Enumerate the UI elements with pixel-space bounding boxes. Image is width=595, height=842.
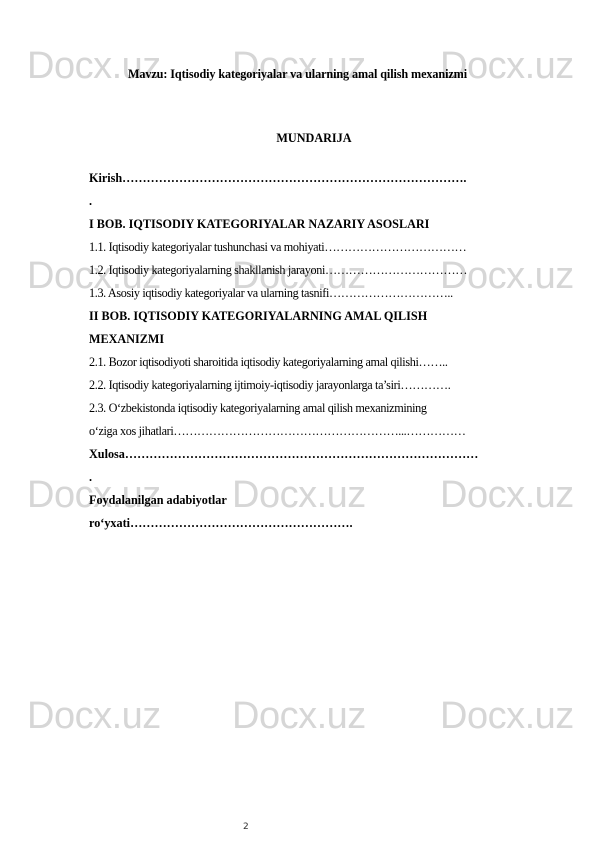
document-page: Mavzu: Iqtisodiy kategoriyalar va ularni… (0, 0, 595, 842)
table-of-contents: Kirish…………………………………………………………………………. . I … (89, 167, 538, 535)
toc-section-2-2: 2.2. Iqtisodiy kategoriyalarning ijtimoi… (89, 374, 538, 397)
toc-chapter-1: I BOB. IQTISODIY KATEGORIYALAR NAZARIY A… (89, 213, 538, 236)
toc-entry-references: Foydalanilgan adabiyotlar (89, 489, 538, 512)
toc-chapter-2-continued: MEXANIZMI (89, 328, 538, 351)
toc-section-1-1: 1.1. Iqtisodiy kategoriyalar tushunchasi… (89, 236, 538, 259)
toc-section-2-1: 2.1. Bozor iqtisodiyoti sharoitida iqtis… (89, 351, 538, 374)
toc-section-1-2: 1.2. Iqtisodiy kategoriyalarning shaklla… (89, 259, 538, 282)
toc-entry-references-continued: ro‘yxati………………………………………………. (89, 512, 538, 535)
toc-entry-conclusion: Xulosa…………………………………………………………………………… (89, 443, 538, 466)
toc-entry-conclusion-continued: . (89, 466, 538, 489)
toc-entry-introduction: Kirish…………………………………………………………………………. (89, 167, 538, 190)
toc-section-2-3-continued: o‘ziga xos jihatlari………………………………………………….… (89, 420, 538, 443)
toc-chapter-2: II BOB. IQTISODIY KATEGORIYALARNING AMAL… (89, 305, 538, 328)
toc-section-1-3: 1.3. Asosiy iqtisodiy kategoriyalar va u… (89, 282, 538, 305)
toc-entry-introduction-continued: . (89, 190, 538, 213)
toc-heading: MUNDARIJA (0, 131, 595, 146)
toc-section-2-3: 2.3. O‘zbekistonda iqtisodiy kategoriyal… (89, 397, 538, 420)
page-number: 2 (243, 822, 249, 832)
document-title: Mavzu: Iqtisodiy kategoriyalar va ularni… (0, 67, 595, 82)
